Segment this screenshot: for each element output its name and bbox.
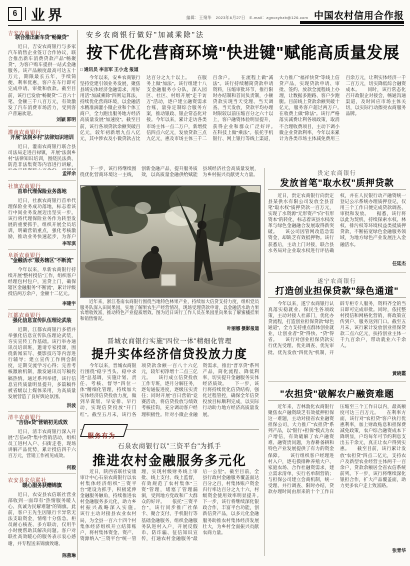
brief-body: 今年以来，阜新农商银行持续开展"整村授信"工作，组织客户经理包村包户，送贷上门，… — [8, 267, 76, 300]
header-divider — [25, 7, 26, 20]
brief-separator — [8, 309, 76, 310]
brief-body: 近日，农安县农信联社营业部收到一面印有"热情服务暖人心、真诚为民解难题"的锦旗。… — [8, 492, 76, 552]
brief-title: 首单代理保险业务落地 — [8, 190, 76, 196]
service-body: 近日，陕西省联社安康审计中心石泉农商银行以农村集体经济组织"三资平台"建设为抓手… — [80, 469, 259, 562]
section-title: 业界 — [31, 5, 65, 25]
brief-separator — [8, 126, 76, 127]
brief-separator — [8, 473, 76, 474]
orchard-photo — [80, 185, 261, 298]
article-byline: 张青华 — [268, 548, 406, 554]
brief-title: 开展"法润乡村"法律知识培训 — [8, 136, 76, 142]
edition-info: 编辑：王聚华 2023年6月27日 E-mail：zgncxyhzb@126.c… — [180, 15, 308, 21]
brief-body: 近日，灌南农商银行联合县司法局走进百禄镇，开展"法润乡村"法律知识培训，围绕民法… — [8, 144, 76, 170]
brief-byline: 何毅 — [8, 465, 76, 471]
article-body: 今年以来，遂宁农商银行认真落实稳就业、保民生各项政策，主动对接人社部门，优化办贷… — [268, 301, 406, 370]
brief-byline: 陈燕琳 — [8, 553, 76, 559]
service-tag: 服务有为 — [80, 424, 128, 437]
article-body: 近日，贵定农商银行向贵定县某供水有限公司发放全县首笔"取水权"质押贷款一百万元，… — [268, 193, 406, 260]
main-article-byline: □ 通讯员 李言军 王小龙 报道 — [80, 67, 200, 73]
mid-article-kicker: 晋城农商银行实施"四位一体"精细化管理 — [80, 336, 259, 345]
newspaper-page: 6 业界 编辑：王聚华 2023年6月27日 E-mail：zgncxyhzb@… — [0, 0, 410, 566]
mid-article-body: 今年以来，晋城农商银行围绕"稳字当头、稳中求进"总基调，实施计划、责任、考核、督… — [80, 363, 259, 420]
service-headline: 推进农村金融服务多元化 — [80, 450, 259, 469]
photo-caption: 近年来，浙江苍南农商银行围绕当地特色林果产业，持续加大信贷支持力度，组织党员服务… — [80, 299, 259, 326]
brief-title: 强化信息宣传队伍理论武装 — [8, 319, 76, 325]
headline-rule — [268, 400, 406, 401]
mid-article-headline: 提升实体经济信贷投放力度 — [80, 345, 259, 362]
page-number: 6 — [8, 7, 22, 21]
brief-title: "金融活水"服务辖区"不断流" — [8, 259, 76, 265]
headline-rule — [268, 189, 406, 190]
brief-byline: 孟祥余 — [8, 171, 76, 177]
article-byline: 黄晓霞 — [268, 371, 406, 377]
article-headline: 发放首笔"取水权"质押贷款 — [268, 176, 406, 189]
article-body: 近年来，吉林敦化农商银行聚焦农户融资缺乏有效抵押担保这一难题，主动对接省农业融资… — [268, 404, 406, 547]
article-separator — [268, 272, 406, 273]
main-article-body-continued: 下一步，该行将继续围绕优化营商环境这一主线，创新金融产品，提升服务质效，以高质量… — [80, 166, 259, 183]
brief-separator — [8, 411, 76, 412]
article-separator — [268, 381, 406, 382]
brief-title: 暖心服务获赠锦旗 — [8, 484, 76, 490]
main-article-headline: 按下优化营商环境"快进键"赋能高质量发展 — [80, 40, 406, 63]
article-headline: "农担贷"破解农户融资难题 — [268, 387, 406, 400]
column-rule-left — [77, 30, 78, 560]
main-article-kicker: 安乡农商银行做好"加减乘除"法 — [86, 30, 204, 40]
header-rule-thick — [300, 21, 404, 24]
service-kicker: 石泉农商银行以"三资平台"为抓手 — [80, 441, 259, 450]
brief-title: 联合推出新车贷"畅聚贷" — [8, 36, 76, 42]
brief-byline: 李军淇 — [8, 241, 76, 247]
brief-byline: 李建宇 — [8, 301, 76, 307]
brief-title: "吉信e贷"营销初见成效 — [8, 421, 76, 427]
brief-byline: 洪波 — [8, 403, 76, 409]
photo-credit: 叶丽娜 摄影报道 — [80, 326, 259, 332]
paper-name: 中国农村信用合作报 — [312, 8, 404, 22]
main-article-body: 今年以来，安乡农商银行坚持党建引领业务发展，聚焦县域实体经济金融需求，用好用活"… — [80, 75, 406, 164]
article-headline: 打造创业担保贷款"绿色通道" — [268, 284, 406, 297]
column-rule-right — [264, 168, 265, 556]
brief-body: 近期，江都农商银行多措并举强化信息宣传队伍理论武装，夯实宣传工作基础。该行举办通… — [8, 327, 76, 402]
brief-separator — [8, 249, 76, 250]
header-rule-thin — [8, 25, 404, 26]
orchard-photo-art — [81, 186, 260, 297]
brief-body: 近日，清丰农商银行深入开展"吉信e贷"集中营销活动，组织员工进村入户、扫街走巷，… — [8, 429, 76, 464]
brief-separator — [8, 180, 76, 181]
article-byline: 任廷杰 — [268, 261, 406, 267]
brief-body: 近日，吉安农商银行与多家汽车销售企业签订合作协议，联合推出新车消费贷款产品"畅聚… — [8, 44, 76, 116]
brief-byline: 刘颖 郭明 — [8, 117, 76, 123]
brief-body: 近日，社旗农商银行首单代理保险业务成功落地，标志着该行中间业务发展迈出坚实一步。… — [8, 198, 76, 240]
headline-rule — [268, 297, 406, 298]
